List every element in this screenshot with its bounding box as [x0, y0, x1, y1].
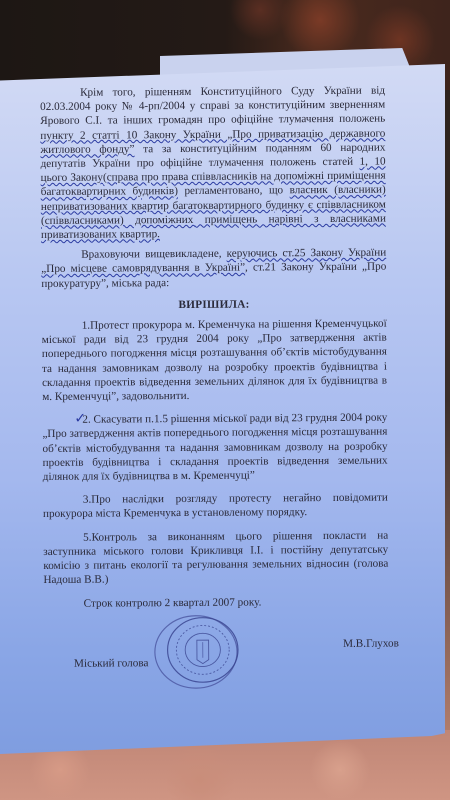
text-run: Враховуючи вищевикладене, — [81, 248, 227, 261]
paragraph-considering: Враховуючи вищевикладене, керуючись ст.2… — [41, 246, 386, 291]
underlined-text: (справа про права співвласників на допом… — [103, 170, 386, 184]
decision-item-2: ✓ 2. Скасувати п.1.5 рішення міської рад… — [42, 411, 387, 484]
control-term: Строк контролю 2 квартал 2007 року. — [44, 594, 389, 611]
decision-item-5: 5.Контроль за виконанням цього рішення п… — [43, 528, 388, 587]
item-text: Протест прокурора м. Кременчука на рішен… — [42, 318, 387, 403]
signature-block: Міський голова М.В.Глухов — [44, 618, 389, 680]
decision-heading: ВИРІШИЛА: — [41, 296, 386, 313]
document-body: Крім того, рішенням Конституційного Суду… — [40, 84, 389, 681]
signatory-name: М.В.Глухов — [343, 636, 399, 651]
text-run: Крім того, рішенням Конституційного Суду… — [40, 85, 385, 128]
signature-title: Міський голова — [74, 656, 148, 671]
underlined-text: багатоквартирних будинків) — [41, 185, 178, 198]
item-text: Про наслідки розгляду протесту негайно п… — [43, 492, 388, 521]
item-text: Контроль за виконанням цього рішення пок… — [43, 529, 388, 586]
paragraph-intro: Крім того, рішенням Конституційного Суду… — [40, 84, 386, 243]
checkmark-icon: ✓ — [34, 413, 86, 428]
decision-item-1: 1.Протест прокурора м. Кременчука на ріш… — [42, 317, 388, 405]
item-text: Скасувати п.1.5 рішення міської ради від… — [42, 412, 387, 483]
decision-item-3: 3.Про наслідки розгляду протесту негайно… — [43, 491, 388, 522]
stamp-icon — [152, 611, 241, 692]
text-run: регламентовано, що — [178, 185, 290, 198]
